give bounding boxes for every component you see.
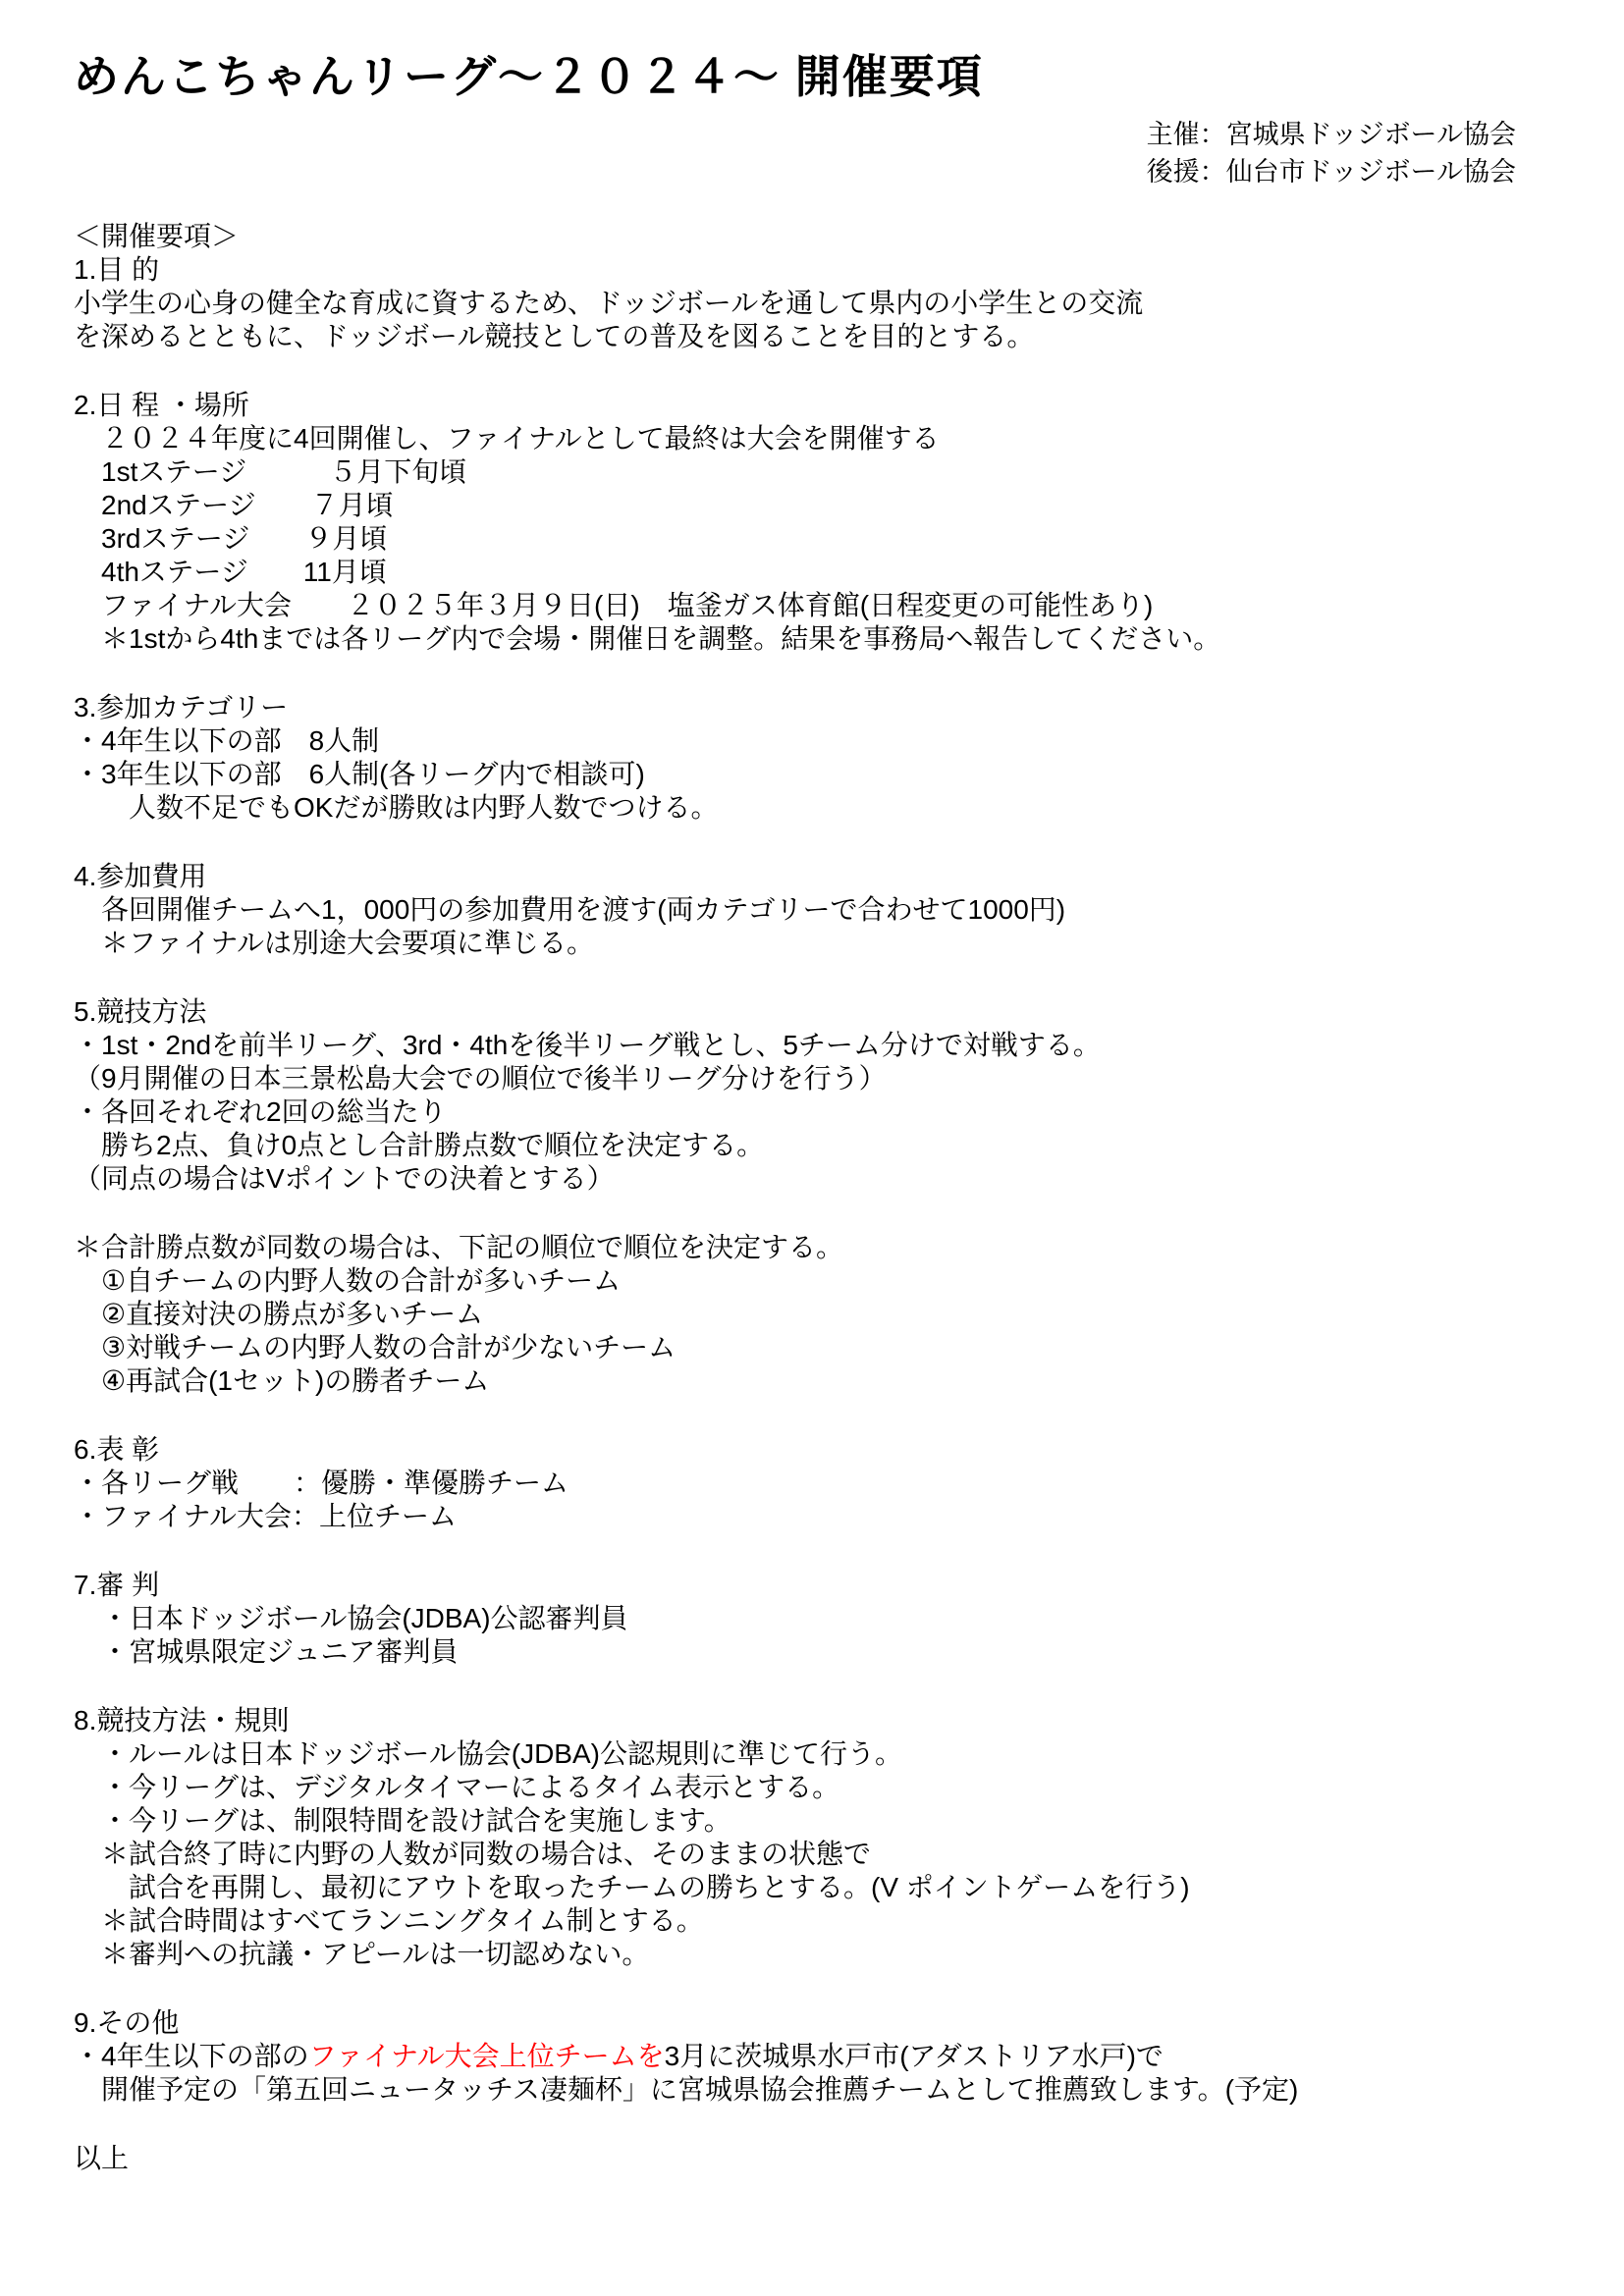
document-line: ＊合計勝点数が同数の場合は、下記の順位で順位を決定する。 xyxy=(74,1231,1624,1264)
document-line: ・ファイナル大会：上位チーム xyxy=(74,1500,1624,1533)
document-page: めんこちゃんリーグ～２０２４～ 開催要項 主催：宮城県ドッジボール協会 後援：仙… xyxy=(0,0,1624,2296)
document-line: ・日本ドッジボール協会(JDBA)公認審判員 xyxy=(74,1602,1624,1635)
document-line: （同点の場合はVポイントでの決着とする） xyxy=(74,1162,1624,1196)
document-section: ＊合計勝点数が同数の場合は、下記の順位で順位を決定する。 ①自チームの内野人数の… xyxy=(74,1231,1624,1398)
document-line: ＊審判への抗議・アピールは一切認めない。 xyxy=(74,1938,1624,1971)
organizer-host-label: 主催 xyxy=(1147,120,1200,149)
document-line: ・4年生以下の部のファイナル大会上位チームを3月に茨城県水戸市(アダストリア水戸… xyxy=(74,2040,1624,2073)
document-section: 9.その他・4年生以下の部のファイナル大会上位チームを3月に茨城県水戸市(アダス… xyxy=(74,2006,1624,2107)
document-line: ＊試合終了時に内野の人数が同数の場合は、そのままの状態で xyxy=(74,1838,1624,1871)
document-line: （9月開催の日本三景松島大会での順位で後半リーグ分けを行う） xyxy=(74,1062,1624,1095)
document-line: ２０２４年度に4回開催し、ファイナルとして最終は大会を開催する xyxy=(74,422,1624,455)
document-line: ・宮城県限定ジュニア審判員 xyxy=(74,1635,1624,1669)
document-section: 6.表 彰・各リーグ戦 ：優勝・準優勝チーム・ファイナル大会：上位チーム xyxy=(74,1433,1624,1533)
document-line: ③対戦チームの内野人数の合計が少ないチーム xyxy=(74,1331,1624,1364)
document-line: 4thステージ 11月頃 xyxy=(74,556,1624,589)
document-line: ・3年生以下の部 6人制(各リーグ内で相談可) xyxy=(74,758,1624,791)
document-section: 4.参加費用 各回開催チームへ1，000円の参加費用を渡す(両カテゴリーで合わせ… xyxy=(74,860,1624,960)
organizer-host-value: ：宮城県ドッジボール協会 xyxy=(1200,120,1516,149)
document-line: 9.その他 xyxy=(74,2006,1624,2040)
organizer-host: 主催：宮城県ドッジボール協会 xyxy=(1147,116,1516,153)
document-line: 1stステージ ５月下旬頃 xyxy=(74,455,1624,489)
document-line: 5.競技方法 xyxy=(74,995,1624,1029)
organizer-support-label: 後援 xyxy=(1147,157,1200,187)
document-line: 小学生の心身の健全な育成に資するため、ドッジボールを通して県内の小学生との交流 xyxy=(74,287,1624,320)
document-line: ＊試合時間はすべてランニングタイム制とする。 xyxy=(74,1904,1624,1938)
document-line: ・ルールは日本ドッジボール協会(JDBA)公認規則に準じて行う。 xyxy=(74,1737,1624,1771)
document-line: ・4年生以下の部 8人制 xyxy=(74,724,1624,758)
document-section: 以上 xyxy=(74,2142,1624,2175)
document-line: 2ndステージ ７月頃 xyxy=(74,489,1624,522)
document-line: ＊ファイナルは別途大会要項に準じる。 xyxy=(74,927,1624,960)
document-line: ・各回それぞれ2回の総当たり xyxy=(74,1095,1624,1129)
document-line: 3rdステージ ９月頃 xyxy=(74,522,1624,556)
document-line: 3.参加カテゴリー xyxy=(74,691,1624,724)
document-line: ＊1stから4thまでは各リーグ内で会場・開催日を調整。結果を事務局へ報告してく… xyxy=(74,622,1624,656)
document-body: ＜開催要項＞1.目 的小学生の心身の健全な育成に資するため、ドッジボールを通して… xyxy=(74,220,1624,2175)
document-line: 8.競技方法・規則 xyxy=(74,1704,1624,1737)
document-line: 7.審 判 xyxy=(74,1569,1624,1602)
document-line: ・今リーグは、制限特間を設け試合を実施します。 xyxy=(74,1804,1624,1838)
document-line: ・各リーグ戦 ：優勝・準優勝チーム xyxy=(74,1467,1624,1500)
document-line: ＜開催要項＞ xyxy=(74,220,1624,253)
document-line: ・今リーグは、デジタルタイマーによるタイム表示とする。 xyxy=(74,1771,1624,1804)
organizer-block: 主催：宮城県ドッジボール協会 後援：仙台市ドッジボール協会 xyxy=(1147,116,1516,190)
page-title: めんこちゃんリーグ～２０２４～ 開催要項 xyxy=(74,41,1624,106)
highlighted-text: ファイナル大会上位チームを xyxy=(309,2041,665,2071)
document-section: 5.競技方法・1st・2ndを前半リーグ、3rd・4thを後半リーグ戦とし、5チ… xyxy=(74,995,1624,1196)
document-section: ＜開催要項＞1.目 的小学生の心身の健全な育成に資するため、ドッジボールを通して… xyxy=(74,220,1624,353)
document-line: ・1st・2ndを前半リーグ、3rd・4thを後半リーグ戦とし、5チーム分けで対… xyxy=(74,1029,1624,1062)
document-section: 7.審 判 ・日本ドッジボール協会(JDBA)公認審判員 ・宮城県限定ジュニア審… xyxy=(74,1569,1624,1669)
document-line: 開催予定の「第五回ニュータッチス凄麺杯」に宮城県協会推薦チームとして推薦致します… xyxy=(74,2073,1624,2107)
document-section: 8.競技方法・規則 ・ルールは日本ドッジボール協会(JDBA)公認規則に準じて行… xyxy=(74,1704,1624,1971)
document-section: 3.参加カテゴリー・4年生以下の部 8人制・3年生以下の部 6人制(各リーグ内で… xyxy=(74,691,1624,825)
document-line: ②直接対決の勝点が多いチーム xyxy=(74,1298,1624,1331)
document-line: 1.目 的 xyxy=(74,253,1624,287)
document-line: 試合を再開し、最初にアウトを取ったチームの勝ちとする。(V ポイントゲームを行う… xyxy=(74,1871,1624,1904)
document-line: ①自チームの内野人数の合計が多いチーム xyxy=(74,1264,1624,1298)
document-line: を深めるとともに、ドッジボール競技としての普及を図ることを目的とする。 xyxy=(74,320,1624,353)
document-line: 以上 xyxy=(74,2142,1624,2175)
document-line: 4.参加費用 xyxy=(74,860,1624,893)
document-line: 2.日 程 ・場所 xyxy=(74,389,1624,422)
organizer-support-value: ：仙台市ドッジボール協会 xyxy=(1200,157,1516,187)
organizer-support: 後援：仙台市ドッジボール協会 xyxy=(1147,153,1516,190)
document-section: 2.日 程 ・場所 ２０２４年度に4回開催し、ファイナルとして最終は大会を開催す… xyxy=(74,389,1624,656)
document-line: 勝ち2点、負け0点とし合計勝点数で順位を決定する。 xyxy=(74,1129,1624,1162)
document-line: 6.表 彰 xyxy=(74,1433,1624,1467)
document-line: 人数不足でもOKだが勝敗は内野人数でつける。 xyxy=(74,791,1624,825)
document-line: 各回開催チームへ1，000円の参加費用を渡す(両カテゴリーで合わせて1000円) xyxy=(74,893,1624,927)
document-line: ファイナル大会 ２０２５年３月９日(日) 塩釜ガス体育館(日程変更の可能性あり) xyxy=(74,589,1624,622)
document-line: ④再試合(1セット)の勝者チーム xyxy=(74,1364,1624,1398)
